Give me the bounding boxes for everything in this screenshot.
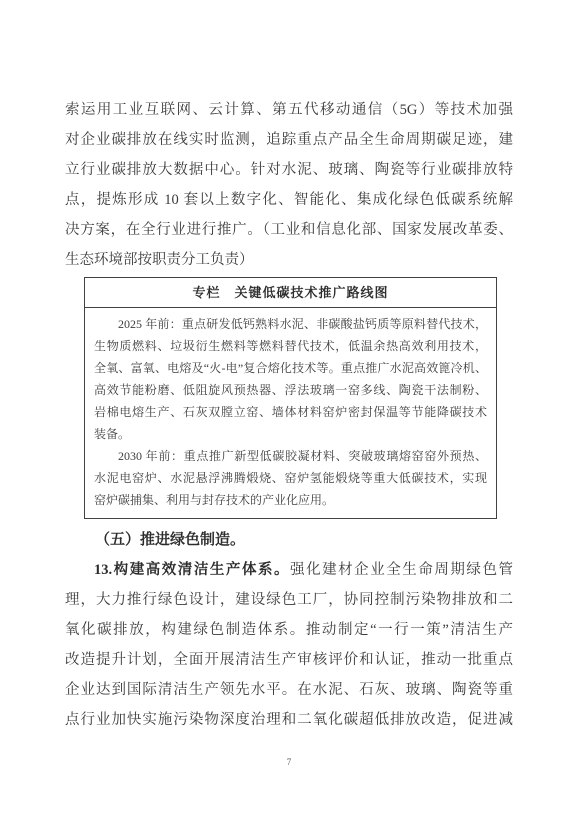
- text-line: 水泥电窑炉、水泥悬浮沸腾煅烧、窑炉氢能煅烧等重大低碳技术，实现: [94, 467, 487, 489]
- page-content: 索运用工业互联网、云计算、第五代移动通信（5G）等技术加强对企业碳排放在线实时监…: [65, 95, 513, 735]
- callout-paragraph-2030: 2030 年前：重点推广新型低碳胶凝材料、突破玻璃熔窑窑外预热、水泥电窑炉、水泥…: [94, 445, 487, 511]
- text-line: 决方案，在全行业进行推广。（工业和信息化部、国家发展改革委、: [65, 215, 513, 245]
- document-page: 索运用工业互联网、云计算、第五代移动通信（5G）等技术加强对企业碳排放在线实时监…: [0, 0, 578, 818]
- text-line: 对企业碳排放在线实时监测，追踪重点产品全生命周期碳足迹，建: [65, 125, 513, 155]
- text-line: 生物质燃料、垃圾衍生燃料等燃料替代技术，低温余热高效利用技术，: [94, 335, 487, 357]
- text-line: 2025 年前：重点研发低钙熟料水泥、非碳酸盐钙质等原料替代技术，: [94, 313, 487, 335]
- text-line: 全氧、富氧、电熔及“火-电”复合熔化技术等。重点推广水泥高效篦冷机、: [94, 357, 487, 379]
- text-line: 13.构建高效清洁生产体系。强化建材企业全生命周期绿色管: [65, 555, 513, 585]
- page-number: 7: [0, 757, 578, 767]
- paragraph-carbon-monitoring: 索运用工业互联网、云计算、第五代移动通信（5G）等技术加强对企业碳排放在线实时监…: [65, 95, 513, 275]
- bold-lead: 13.构建高效清洁生产体系。: [94, 562, 290, 578]
- text-line: 2030 年前：重点推广新型低碳胶凝材料、突破玻璃熔窑窑外预热、: [94, 445, 487, 467]
- callout-box-low-carbon-roadmap: 专栏 关键低碳技术推广路线图 2025 年前：重点研发低钙熟料水泥、非碳酸盐钙质…: [84, 277, 497, 519]
- text-line: 企业达到国际清洁生产领先水平。在水泥、石灰、玻璃、陶瓷等重: [65, 675, 513, 705]
- text-line: 生态环境部按职责分工负责）: [65, 245, 513, 275]
- text-line: 改造提升计划，全面开展清洁生产审核评价和认证，推动一批重点: [65, 645, 513, 675]
- text-line: 装备。: [94, 423, 487, 445]
- text-line: 点行业加快实施污染物深度治理和二氧化碳超低排放改造，促进减: [65, 705, 513, 735]
- section-heading-green-manufacturing: （五）推进绿色制造。: [65, 525, 513, 555]
- text-line: 窑炉碳捕集、利用与封存技术的产业化应用。: [94, 489, 487, 511]
- text-line: 点，提炼形成 10 套以上数字化、智能化、集成化绿色低碳系统解: [65, 185, 513, 215]
- text-line: 高效节能粉磨、低阻旋风预热器、浮法玻璃一窑多线、陶瓷干法制粉、: [94, 379, 487, 401]
- text-line: 理，大力推行绿色设计，建设绿色工厂，协同控制污染物排放和二: [65, 585, 513, 615]
- text-line: 岩棉电熔生产、石灰双膛立窑、墙体材料窑炉密封保温等节能降碳技术: [94, 401, 487, 423]
- text-line: 氧化碳排放，构建绿色制造体系。推动制定“一行一策”清洁生产: [65, 615, 513, 645]
- callout-body: 2025 年前：重点研发低钙熟料水泥、非碳酸盐钙质等原料替代技术，生物质燃料、垃…: [85, 308, 496, 518]
- text-line: 立行业碳排放大数据中心。针对水泥、玻璃、陶瓷等行业碳排放特: [65, 155, 513, 185]
- callout-paragraph-2025: 2025 年前：重点研发低钙熟料水泥、非碳酸盐钙质等原料替代技术，生物质燃料、垃…: [94, 313, 487, 445]
- text-line: 索运用工业互联网、云计算、第五代移动通信（5G）等技术加强: [65, 95, 513, 125]
- paragraph-item-13-clean-production: 13.构建高效清洁生产体系。强化建材企业全生命周期绿色管理，大力推行绿色设计，建…: [65, 555, 513, 735]
- callout-title: 专栏 关键低碳技术推广路线图: [85, 278, 496, 308]
